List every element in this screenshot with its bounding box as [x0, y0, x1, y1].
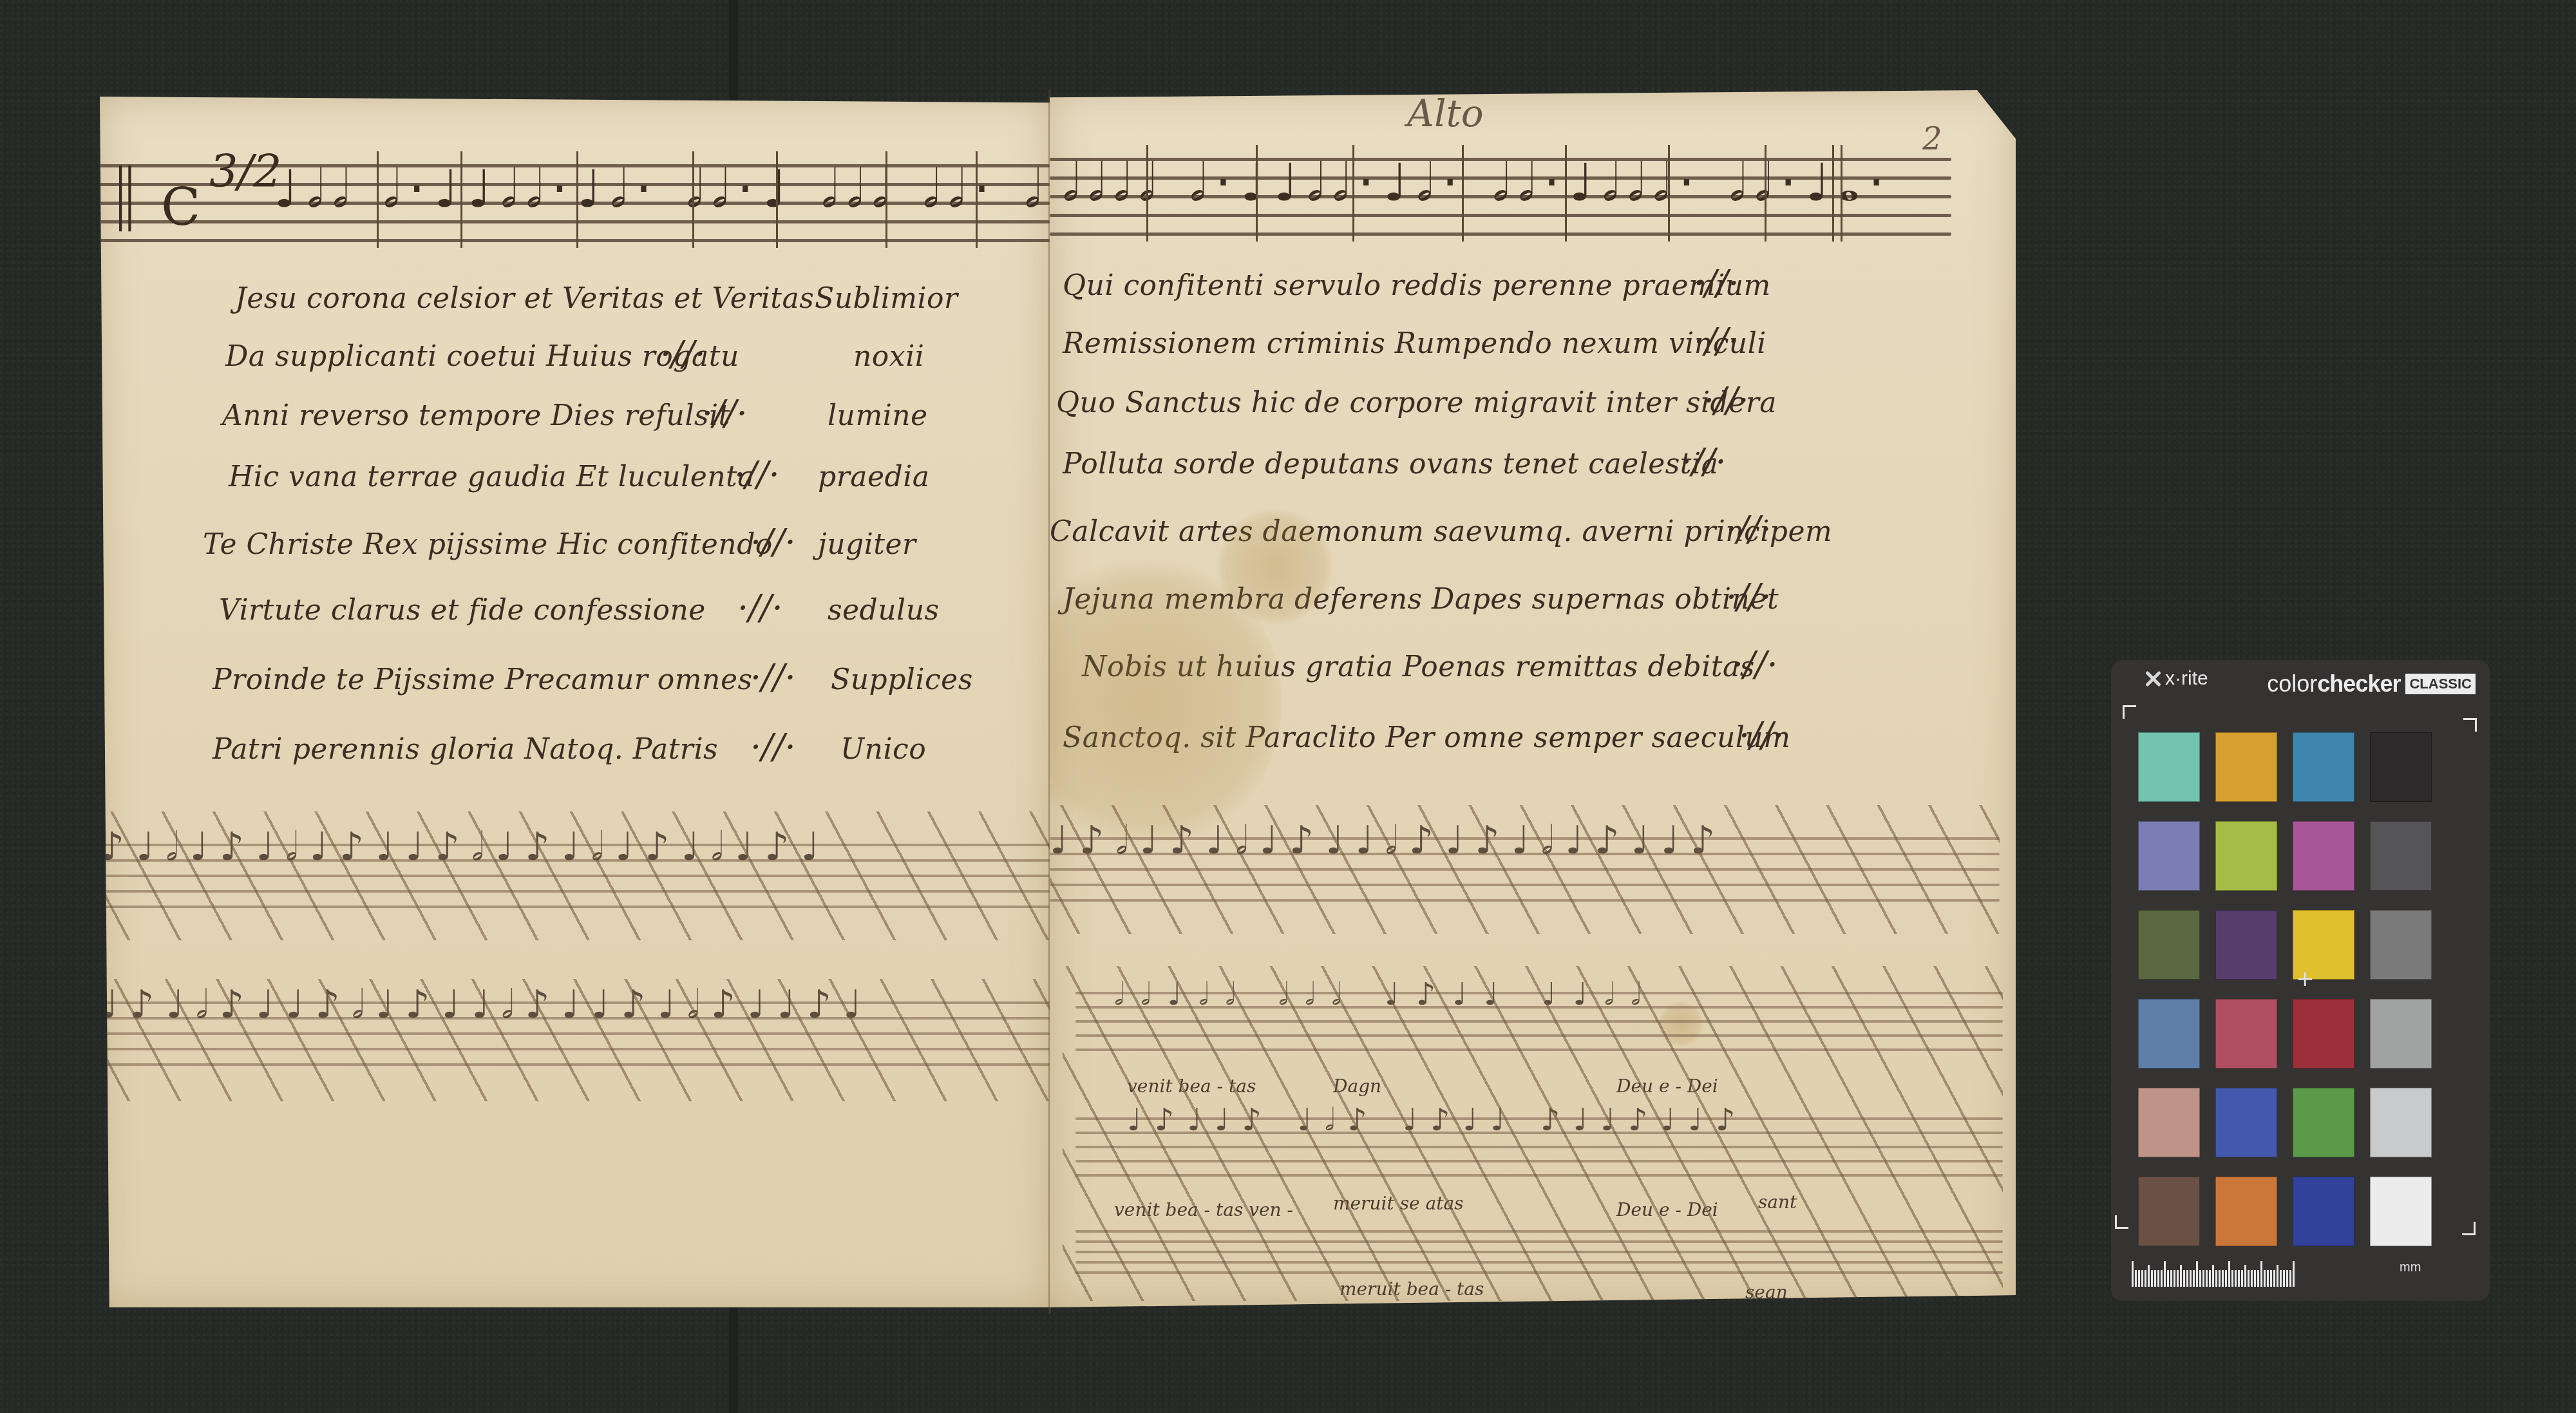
repeat-sign: ·//· — [702, 393, 748, 433]
note-row: 𝅗𝅥𝅗𝅥𝅗𝅥𝅗𝅥 𝅗𝅥·♩♩𝅗𝅥𝅗𝅥·♩𝅗𝅥· 𝅗𝅥𝅗𝅥·♩𝅗𝅥𝅗𝅥𝅗𝅥· 𝅗𝅥… — [1063, 153, 1951, 213]
color-patch — [2138, 821, 2200, 891]
end-word-left-3: lumine — [828, 399, 928, 432]
ruler-tick — [2241, 1270, 2243, 1287]
ruler-tick — [2196, 1261, 2198, 1287]
ruler-tick — [2154, 1270, 2156, 1287]
ruler-tick — [2190, 1270, 2192, 1287]
lyric-line-left-4: Hic vana terrae gaudia Et luculenta — [229, 460, 755, 493]
end-word-left-8: Unico — [840, 733, 926, 766]
lyric-line-right-5: Calcavit artes daemonum saevumq. averni … — [1050, 515, 1832, 548]
ruler-tick — [2151, 1270, 2153, 1287]
repeat-sign: ·//· — [734, 454, 780, 495]
clef-icon: 𝄁 — [119, 151, 131, 251]
ruler-tick — [2280, 1270, 2282, 1287]
ruler-tick — [2267, 1270, 2269, 1287]
ruler-tick — [2225, 1270, 2227, 1287]
ruler-tick — [2183, 1270, 2185, 1287]
repeat-sign: ·//· — [1726, 576, 1772, 617]
color-patch — [2138, 732, 2200, 802]
ruler-tick — [2167, 1270, 2169, 1287]
color-patch — [2370, 999, 2432, 1068]
ruler-tick — [2231, 1270, 2233, 1287]
repeat-sign: ·//· — [1726, 509, 1772, 549]
color-patch — [2215, 732, 2277, 802]
color-patch — [2215, 1177, 2277, 1246]
color-patch — [2370, 1088, 2432, 1157]
color-patch — [2215, 910, 2277, 980]
ruler-tick — [2135, 1270, 2137, 1287]
color-patch — [2370, 910, 2432, 980]
ruler-tick — [2228, 1261, 2230, 1287]
time-signature: C — [161, 177, 200, 237]
corner-mark-icon — [2115, 1215, 2128, 1229]
corner-mark-icon — [2463, 718, 2477, 732]
ruler-tick — [2193, 1270, 2195, 1287]
ruler-tick — [2148, 1265, 2150, 1287]
end-word-left-7: Supplices — [831, 663, 973, 696]
ruler-tick — [2141, 1270, 2143, 1287]
ruler-tick — [2157, 1270, 2159, 1287]
color-patch — [2215, 821, 2277, 891]
color-patch — [2138, 1177, 2200, 1246]
color-patch — [2293, 999, 2354, 1068]
ruler-tick — [2264, 1270, 2266, 1287]
repeat-sign: ·//· — [737, 587, 783, 628]
top-staff-left: 𝄁 C 3/2 ♩𝅗𝅥𝅗𝅥 𝅗𝅥·♩♩𝅗𝅥𝅗𝅥·♩𝅗𝅥· 𝅗𝅥𝅗𝅥·♩ 𝅗𝅥𝅗𝅥… — [100, 164, 1050, 242]
ruler-tick — [2238, 1270, 2240, 1287]
lyric-line-right-2: Remissionem criminis Rumpendo nexum vinc… — [1063, 327, 1766, 360]
strike-marks — [1063, 966, 2003, 1301]
repeat-sign: ·//· — [1703, 380, 1749, 421]
ruler-tick — [2173, 1270, 2175, 1287]
ruler-unit: mm — [2400, 1260, 2421, 1275]
color-patch-grid — [2138, 732, 2432, 1246]
color-patch — [2293, 821, 2354, 891]
end-word-left-1: Sublimior — [815, 282, 958, 315]
ruler-tick — [2260, 1261, 2262, 1287]
ruler-tick — [2212, 1265, 2214, 1287]
colorchecker-title: color checker CLASSIC — [2267, 670, 2476, 697]
ruler-tick — [2289, 1270, 2291, 1287]
ruler-tick — [2248, 1270, 2249, 1287]
ruler-tick — [2180, 1265, 2182, 1287]
manuscript-spread: 𝄁 C 3/2 ♩𝅗𝅥𝅗𝅥 𝅗𝅥·♩♩𝅗𝅥𝅗𝅥·♩𝅗𝅥· 𝅗𝅥𝅗𝅥·♩ 𝅗𝅥𝅗𝅥… — [87, 90, 2025, 1314]
ruler-tick — [2293, 1261, 2295, 1287]
color-patch — [2293, 732, 2354, 802]
strike-marks — [1050, 805, 2000, 934]
water-stain — [1217, 509, 1333, 625]
repeat-sign: ·//· — [660, 334, 706, 374]
page-number: 2 — [1922, 121, 1942, 157]
ruler-tick — [2235, 1270, 2237, 1287]
lyric-line-right-1: Qui confitenti servulo reddis perenne pr… — [1063, 269, 1771, 302]
color-patch — [2138, 910, 2200, 980]
clef-marking: 3/2 — [209, 145, 282, 198]
end-word-left-2: noxii — [853, 340, 924, 373]
ruler-tick — [2215, 1270, 2217, 1287]
color-patch — [2370, 1177, 2432, 1246]
classic-badge: CLASSIC — [2405, 674, 2476, 694]
lyric-line-left-3: Anni reverso tempore Dies refulsit — [222, 399, 730, 432]
lyric-line-right-4: Polluta sorde deputans ovans tenet caele… — [1063, 448, 1718, 480]
repeat-sign: ·//· — [750, 726, 796, 767]
ruler-tick — [2286, 1270, 2288, 1287]
ruler-tick — [2257, 1270, 2259, 1287]
color-patch — [2293, 1088, 2354, 1157]
ruler-tick — [2199, 1270, 2201, 1287]
ruler-tick — [2161, 1270, 2163, 1287]
repeat-sign: ·//· — [750, 657, 796, 697]
repeat-sign: ·//· — [750, 522, 796, 562]
lyric-line-left-1: Jesu corona celsior et Veritas et Verita… — [235, 282, 814, 315]
xrite-logo: x·rite — [2145, 668, 2208, 690]
repeat-sign: ·//· — [1694, 263, 1739, 303]
ruler-tick — [2273, 1270, 2275, 1287]
top-staff-right: 𝅗𝅥𝅗𝅥𝅗𝅥𝅗𝅥 𝅗𝅥·♩♩𝅗𝅥𝅗𝅥·♩𝅗𝅥· 𝅗𝅥𝅗𝅥·♩𝅗𝅥𝅗𝅥𝅗𝅥· 𝅗𝅥… — [1050, 158, 1951, 235]
corner-mark-icon — [2462, 1222, 2476, 1235]
ruler-tick — [2186, 1270, 2188, 1287]
ruler-tick — [2145, 1270, 2146, 1287]
ruler-tick — [2222, 1270, 2224, 1287]
mm-ruler — [2132, 1251, 2396, 1287]
ruler-tick — [2219, 1270, 2221, 1287]
repeat-sign: ·//· — [1681, 441, 1727, 482]
crosshair-icon: + — [2296, 968, 2315, 990]
strike-marks — [100, 811, 1050, 940]
color-patch — [2293, 1177, 2354, 1246]
note-row: ♩𝅗𝅥𝅗𝅥 𝅗𝅥·♩♩𝅗𝅥𝅗𝅥·♩𝅗𝅥· 𝅗𝅥𝅗𝅥·♩ 𝅗𝅥𝅗𝅥𝅗𝅥 𝅗𝅥𝅗𝅥·… — [274, 159, 1050, 220]
repeat-sign: ·//· — [1694, 321, 1739, 361]
ruler-tick — [2254, 1270, 2256, 1287]
ruler-tick — [2209, 1270, 2211, 1287]
color-patch — [2138, 1088, 2200, 1157]
ruler-tick — [2206, 1270, 2208, 1287]
repeat-sign: ·//· — [1732, 644, 1778, 685]
ruler-tick — [2251, 1270, 2253, 1287]
strike-marks — [100, 979, 1050, 1101]
left-page: 𝄁 C 3/2 ♩𝅗𝅥𝅗𝅥 𝅗𝅥·♩♩𝅗𝅥𝅗𝅥·♩𝅗𝅥· 𝅗𝅥𝅗𝅥·♩ 𝅗𝅥𝅗𝅥… — [100, 97, 1050, 1307]
color-patch — [2138, 999, 2200, 1068]
lyric-line-left-5: Te Christe Rex pijssime Hic confitendo — [203, 528, 773, 561]
xrite-x-icon — [2145, 670, 2161, 687]
lyric-line-left-8: Patri perennis gloria Natoq. Patris — [213, 733, 718, 766]
color-patch — [2215, 1088, 2277, 1157]
ruler-tick — [2244, 1265, 2246, 1287]
ruler-tick — [2170, 1270, 2172, 1287]
ruler-tick — [2270, 1270, 2272, 1287]
lyric-line-left-6: Virtute clarus et fide confessione — [219, 594, 706, 627]
lyric-line-left-7: Proinde te Pijssime Precamur omnes — [213, 663, 753, 696]
ruler-tick — [2138, 1270, 2140, 1287]
ruler-tick — [2132, 1261, 2134, 1287]
color-patch — [2370, 821, 2432, 891]
lyric-line-right-3: Quo Sanctus hic de corpore migravit inte… — [1056, 386, 1777, 419]
ruler-tick — [2277, 1265, 2278, 1287]
part-label: Alto — [1407, 91, 1484, 135]
repeat-sign: ·//· — [1739, 715, 1785, 755]
color-patch — [2370, 732, 2432, 802]
corner-mark-icon — [2123, 705, 2136, 719]
ruler-tick — [2177, 1270, 2179, 1287]
ruler-tick — [2164, 1261, 2166, 1287]
color-patch — [2215, 999, 2277, 1068]
end-word-left-6: sedulus — [828, 594, 940, 627]
ruler-tick — [2283, 1270, 2285, 1287]
right-page: Alto 2 𝅗𝅥𝅗𝅥𝅗𝅥𝅗𝅥 𝅗𝅥·♩♩𝅗𝅥𝅗𝅥·♩𝅗𝅥· 𝅗𝅥𝅗𝅥·♩𝅗𝅥𝅗… — [1050, 90, 2016, 1307]
end-word-left-5: jugiter — [818, 528, 916, 561]
end-word-left-4: praedia — [818, 460, 929, 493]
ruler-tick — [2202, 1270, 2204, 1287]
